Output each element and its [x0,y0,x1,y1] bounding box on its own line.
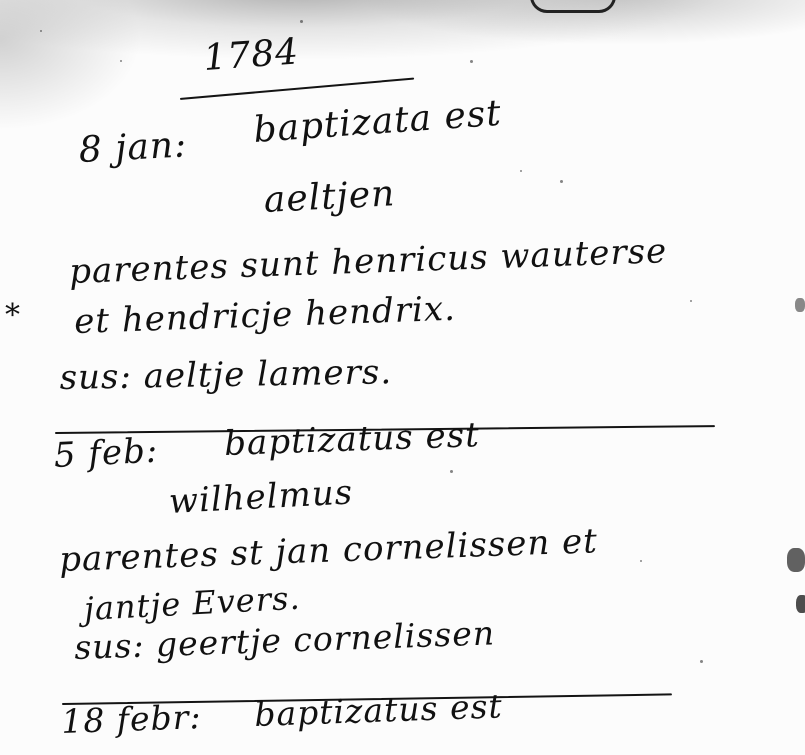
entry-2-child-name: wilhelmus [168,472,354,522]
ink-blot [795,298,805,312]
speck [40,30,42,32]
entry-1-parents-line-2: et hendricje hendrix. [74,289,457,342]
speck [690,300,692,302]
year-heading: 1784 [202,31,300,79]
margin-mark: * [5,298,21,333]
ink-blot [787,548,805,572]
entry-3-date: 18 febr: [61,697,203,741]
entry-2-parents-line: parentes st jan cornelissen et [59,521,599,580]
speck [470,60,473,63]
entry-2-date: 5 feb: [53,431,159,476]
speck [640,560,642,562]
entry-2-baptism-text: baptizatus est [224,415,481,464]
heading-underline [180,78,414,100]
entry-1-parents-line: parentes sunt henricus wauterse [69,231,668,292]
ink-blot [796,595,805,613]
speck [450,470,453,473]
top-ring-mark [530,0,616,13]
speck [700,660,703,663]
entry-3-baptism-text: baptizatus est [254,686,504,734]
speck [560,180,563,183]
entry-1-child-name: aeltjen [263,173,396,221]
speck [120,60,122,62]
entry-1-sponsor-line: sus: aeltje lamers. [59,352,392,398]
scanned-register-page: 1784 8 jan: baptizata est aeltjen * pare… [0,0,805,755]
entry-1-baptism-text: baptizata est [252,93,503,151]
speck [520,170,522,172]
speck [300,20,303,23]
entry-1-date: 8 jan: [78,124,188,171]
